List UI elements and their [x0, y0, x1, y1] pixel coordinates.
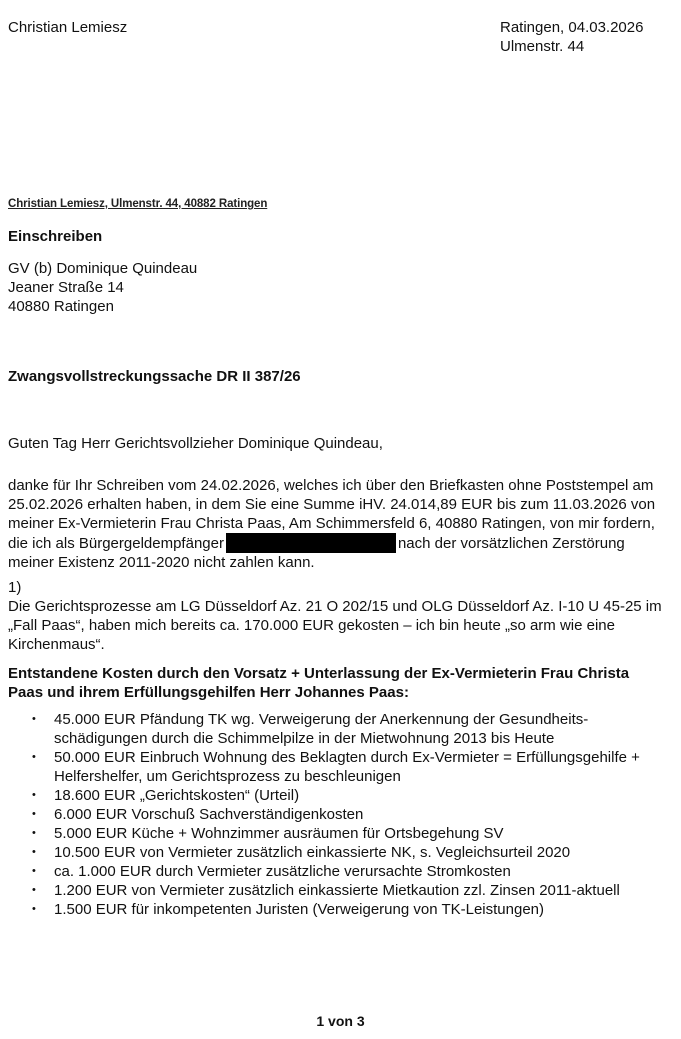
cost-item-text: Helfershelfer, um Gerichtsprozess zu bes…: [54, 767, 680, 786]
cost-item-text: 1.500 EUR für inkompetenten Juristen (Ve…: [54, 900, 680, 919]
delivery-type: Einschreiben: [8, 227, 102, 246]
bullet-icon: •: [32, 900, 36, 919]
section-paragraph: Die Gerichtsprozesse am LG Düsseldorf Az…: [8, 597, 680, 654]
recipient-city: 40880 Ratingen: [8, 297, 197, 316]
bullet-icon: •: [32, 881, 36, 900]
redaction-box: [226, 533, 396, 553]
cost-item-text: ca. 1.000 EUR durch Vermieter zusätzlich…: [54, 862, 680, 881]
bullet-icon: •: [32, 786, 36, 805]
section-number: 1): [8, 578, 21, 597]
recipient-address: GV (b) Dominique Quindeau Jeaner Straße …: [8, 259, 197, 316]
cost-item-text: 50.000 EUR Einbruch Wohnung des Beklagte…: [54, 748, 680, 767]
section-line: „Fall Paas“, haben mich bereits ca. 170.…: [8, 616, 680, 635]
cost-item-text: 10.500 EUR von Vermieter zusätzlich eink…: [54, 843, 680, 862]
cost-item-text: schädigungen durch die Schimmelpilze in …: [54, 729, 680, 748]
greeting: Guten Tag Herr Gerichtsvollzieher Domini…: [8, 434, 383, 453]
cost-item: •50.000 EUR Einbruch Wohnung des Beklagt…: [32, 748, 680, 786]
cost-item-text: 6.000 EUR Vorschuß Sachverständigenkoste…: [54, 805, 680, 824]
bullet-icon: •: [32, 824, 36, 843]
body-line: meiner Ex-Vermieterin Frau Christa Paas,…: [8, 514, 680, 533]
sender-name: Christian Lemiesz: [8, 18, 127, 37]
cost-item: •10.500 EUR von Vermieter zusätzlich ein…: [32, 843, 680, 862]
bullet-icon: •: [32, 862, 36, 881]
section-line: Die Gerichtsprozesse am LG Düsseldorf Az…: [8, 597, 680, 616]
cost-item: •ca. 1.000 EUR durch Vermieter zusätzlic…: [32, 862, 680, 881]
cost-item: •45.000 EUR Pfändung TK wg. Verweigerung…: [32, 710, 680, 748]
cost-item: •6.000 EUR Vorschuß Sachverständigenkost…: [32, 805, 680, 824]
cost-item: •18.600 EUR „Gerichtskosten“ (Urteil): [32, 786, 680, 805]
recipient-name: GV (b) Dominique Quindeau: [8, 259, 197, 278]
date-block: Ratingen, 04.03.2026 Ulmenstr. 44: [500, 18, 643, 56]
bullet-icon: •: [32, 805, 36, 824]
cost-item: •1.500 EUR für inkompetenten Juristen (V…: [32, 900, 680, 919]
costs-heading: Entstandene Kosten durch den Vorsatz + U…: [8, 664, 680, 702]
recipient-street: Jeaner Straße 14: [8, 278, 197, 297]
cost-item: •5.000 EUR Küche + Wohnzimmer ausräumen …: [32, 824, 680, 843]
bullet-icon: •: [32, 843, 36, 862]
cost-item-text: 1.200 EUR von Vermieter zusätzlich einka…: [54, 881, 680, 900]
body-text: nach der vorsätzlichen Zerstörung: [398, 535, 625, 552]
costs-heading-line: Entstandene Kosten durch den Vorsatz + U…: [8, 664, 680, 683]
cost-item-text: 45.000 EUR Pfändung TK wg. Verweigerung …: [54, 710, 680, 729]
sender-street: Ulmenstr. 44: [500, 37, 643, 56]
cost-item-text: 5.000 EUR Küche + Wohnzimmer ausräumen f…: [54, 824, 680, 843]
costs-heading-line: Paas und ihrem Erfüllungsgehilfen Herr J…: [8, 683, 680, 702]
body-line: 25.02.2026 erhalten haben, in dem Sie ei…: [8, 495, 680, 514]
bullet-icon: •: [32, 710, 36, 729]
body-text: die ich als Bürgergeldempfänger: [8, 535, 224, 552]
body-paragraph: danke für Ihr Schreiben vom 24.02.2026, …: [8, 476, 680, 572]
body-line: danke für Ihr Schreiben vom 24.02.2026, …: [8, 476, 680, 495]
subject-line: Zwangsvollstreckungssache DR II 387/26: [8, 367, 301, 386]
body-line: meiner Existenz 2011-2020 nicht zahlen k…: [8, 553, 680, 572]
cost-item-text: 18.600 EUR „Gerichtskosten“ (Urteil): [54, 786, 680, 805]
section-line: Kirchenmaus“.: [8, 635, 680, 654]
bullet-icon: •: [32, 748, 36, 767]
place-date: Ratingen, 04.03.2026: [500, 18, 643, 37]
body-line-redacted: die ich als Bürgergeldempfängernach der …: [8, 533, 680, 553]
cost-item: •1.200 EUR von Vermieter zusätzlich eink…: [32, 881, 680, 900]
costs-list: •45.000 EUR Pfändung TK wg. Verweigerung…: [32, 710, 680, 919]
page-number: 1 von 3: [0, 1012, 681, 1031]
return-address: Christian Lemiesz, Ulmenstr. 44, 40882 R…: [8, 195, 267, 214]
